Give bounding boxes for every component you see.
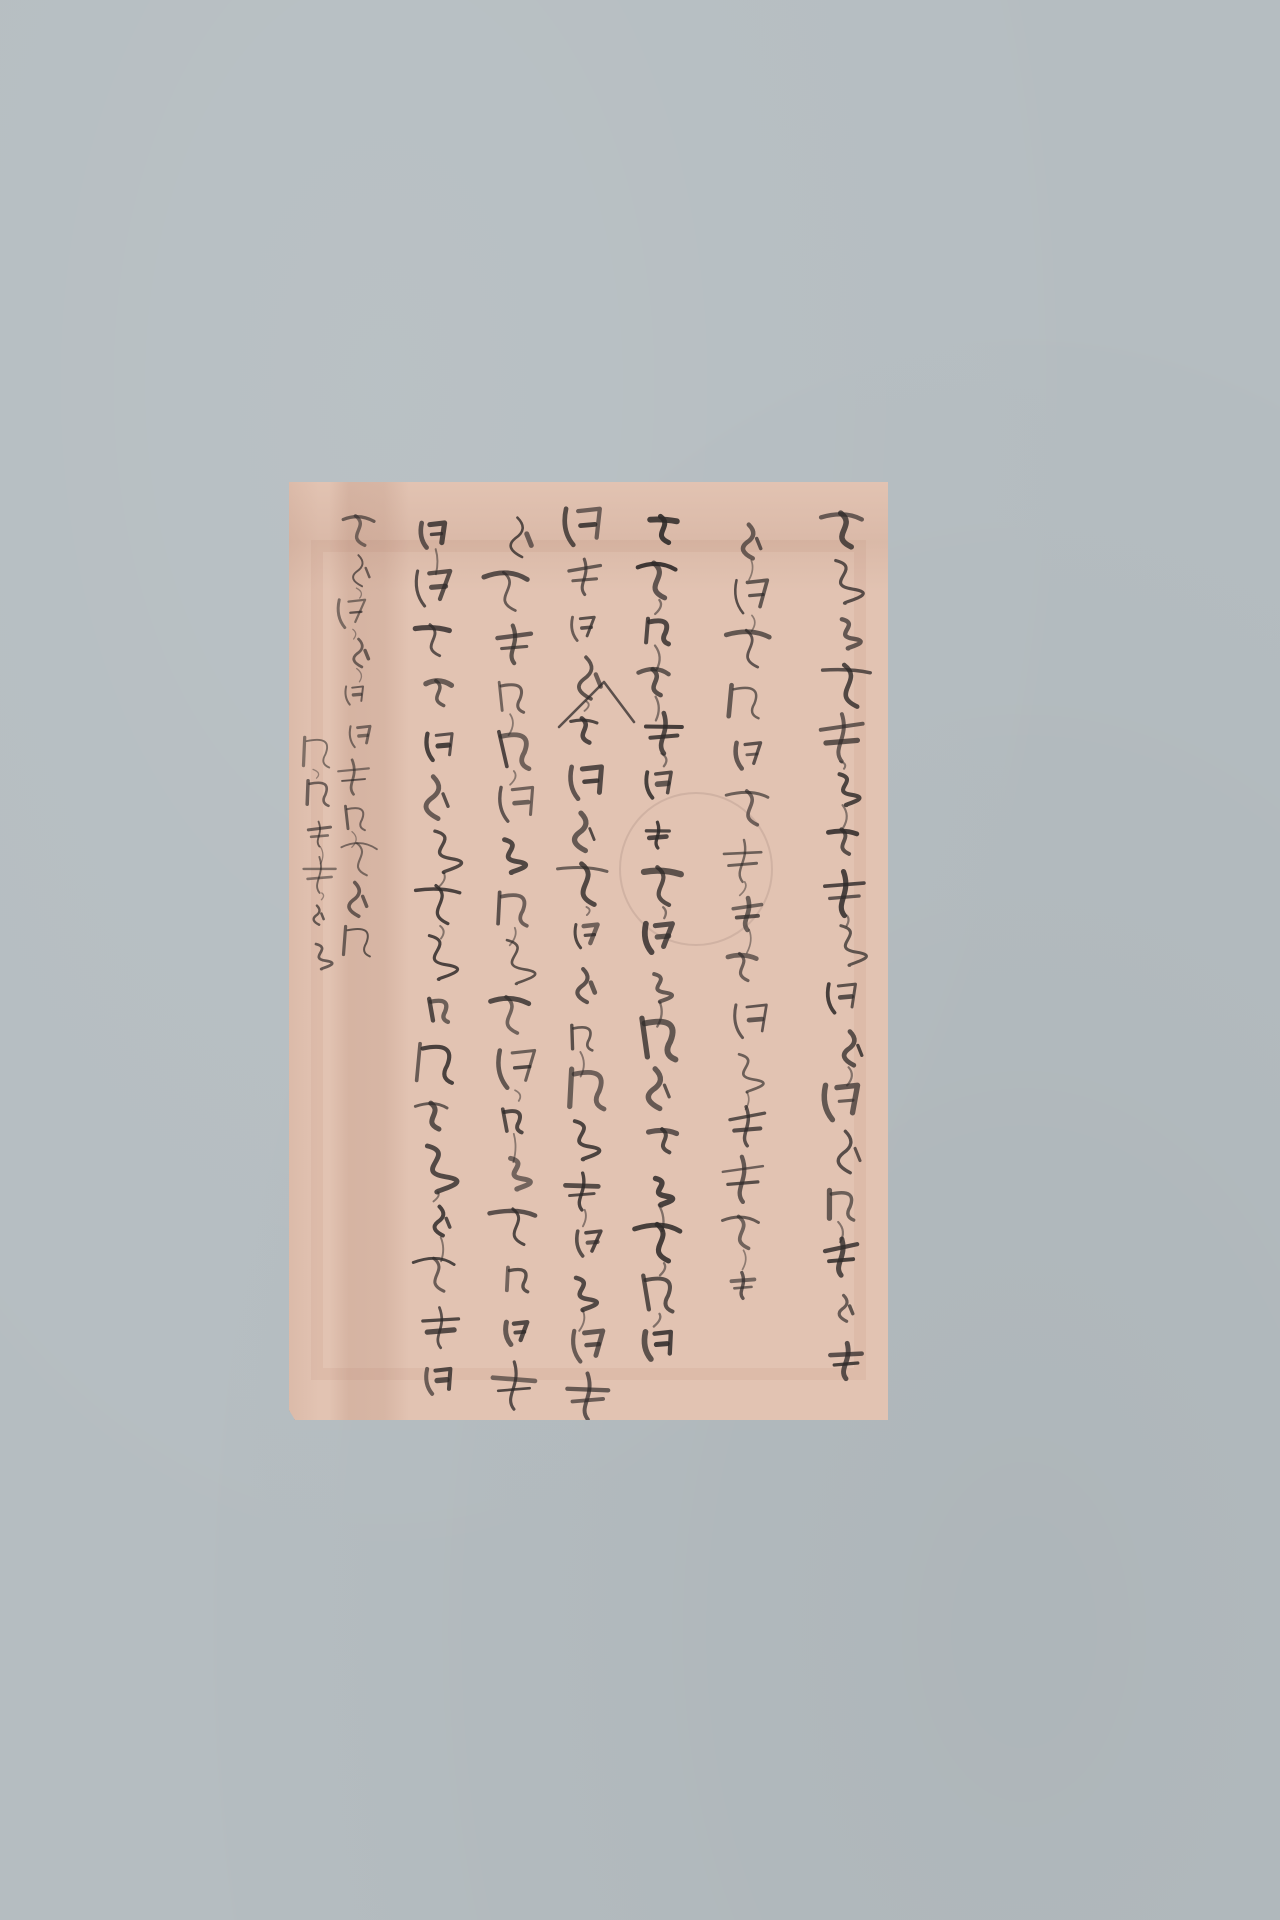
column-3-ink: [635, 516, 682, 1359]
column-4-ink: [558, 509, 609, 1420]
calligraphy-ink: [289, 482, 888, 1420]
postcard-paper: 久振以端書を申上候 陳者過日 先般浅川より 御申越之通 委細承知 ニ而御座候得共…: [289, 482, 888, 1420]
photo-scene: 久振以端書を申上候 陳者過日 先般浅川より 御申越之通 委細承知 ニ而御座候得共…: [0, 0, 1280, 1920]
date-column-ink: [303, 737, 335, 969]
column-2-ink: [722, 525, 769, 1299]
column-1-ink: [821, 513, 870, 1379]
column-7-ink: [338, 516, 377, 957]
column-6-ink: [413, 523, 461, 1394]
column-5-ink: [484, 518, 535, 1410]
